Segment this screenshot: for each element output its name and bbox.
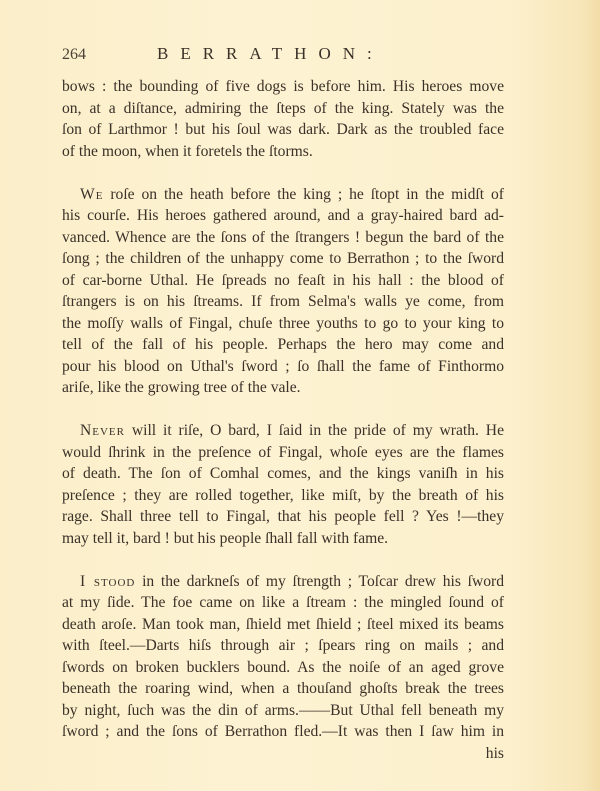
text-line: ſtrangers is on his ſtreams. If from Sel…	[62, 291, 504, 313]
text-line: I stood in the darkneſs of my ſtrength ;…	[62, 571, 504, 593]
text-line: ſwords on broken bucklers bound. As the …	[62, 657, 504, 679]
text-line: ſon of Larthmor ! but his ſoul was dark.…	[62, 119, 504, 141]
text-line: of car-borne Uthal. He ſpreads no feaſt …	[62, 270, 504, 292]
text-line: bows : the bounding of five dogs is befo…	[62, 76, 504, 98]
text-line: on, at a diſtance, admiring the ſteps of…	[62, 98, 504, 120]
text-line: vanced. Whence are the ſons of the ſtran…	[62, 227, 504, 249]
paragraph-gap	[62, 162, 504, 184]
text-line: of death. The ſon of Comhal comes, and t…	[62, 463, 504, 485]
text-line: tell of the fall of his people. Perhaps …	[62, 334, 504, 356]
text-line: at my ſide. The foe came on like a ſtrea…	[62, 592, 504, 614]
body-text: bows : the bounding of five dogs is befo…	[62, 76, 504, 764]
lead-word: I stood	[80, 573, 135, 590]
paragraph-gap	[62, 399, 504, 421]
line-rest: in the darkneſs of my ſtrength ; Toſcar …	[135, 573, 504, 590]
text-line: of the moon, when it foretels the ſtorms…	[62, 141, 504, 163]
text-line: his courſe. His heroes gathered around, …	[62, 205, 504, 227]
text-line: ariſe, like the growing tree of the vale…	[62, 377, 504, 399]
text-line: Never will it riſe, O bard, I ſaid in th…	[62, 420, 504, 442]
text-line: ſword ; and the ſons of Berrathon fled.—…	[62, 721, 504, 743]
text-line: beneath the roaring wind, when a thouſan…	[62, 678, 504, 700]
paragraph-2: We roſe on the heath before the king ; h…	[62, 184, 504, 399]
paragraph-4: I stood in the darkneſs of my ſtrength ;…	[62, 571, 504, 743]
page-header: 264 BERRATHON:	[62, 44, 504, 66]
text-line: may tell it, bard ! but his people ſhall…	[62, 528, 504, 550]
text-line: the moſſy walls of Fingal, chuſe three y…	[62, 313, 504, 335]
text-line: death aroſe. Man took man, ſhield met ſh…	[62, 614, 504, 636]
catchword: his	[62, 743, 504, 765]
text-line: with ſteel.—Darts hiſs through air ; ſpe…	[62, 635, 504, 657]
text-line: by night, ſuch was the din of arms.——But…	[62, 700, 504, 722]
lead-word: We	[80, 186, 103, 203]
text-line: pour his blood on Uthal's ſword ; ſo ſha…	[62, 356, 504, 378]
page-number: 264	[62, 46, 86, 64]
paragraph-3: Never will it riſe, O bard, I ſaid in th…	[62, 420, 504, 549]
text-line: would ſhrink in the preſence of Fingal, …	[62, 442, 504, 464]
text-line: rage. Shall three tell to Fingal, that h…	[62, 506, 504, 528]
paragraph-1: bows : the bounding of five dogs is befo…	[62, 76, 504, 162]
book-page: 264 BERRATHON: bows : the bounding of fi…	[0, 0, 600, 791]
running-title: BERRATHON:	[157, 44, 384, 64]
text-line: preſence ; they are rolled together, lik…	[62, 485, 504, 507]
text-line: We roſe on the heath before the king ; h…	[62, 184, 504, 206]
text-line: ſong ; the children of the unhappy come …	[62, 248, 504, 270]
paragraph-gap	[62, 549, 504, 571]
lead-word: Never	[80, 422, 125, 439]
line-rest: roſe on the heath before the king ; he ſ…	[103, 186, 504, 203]
line-rest: will it riſe, O bard, I ſaid in the prid…	[125, 422, 504, 439]
